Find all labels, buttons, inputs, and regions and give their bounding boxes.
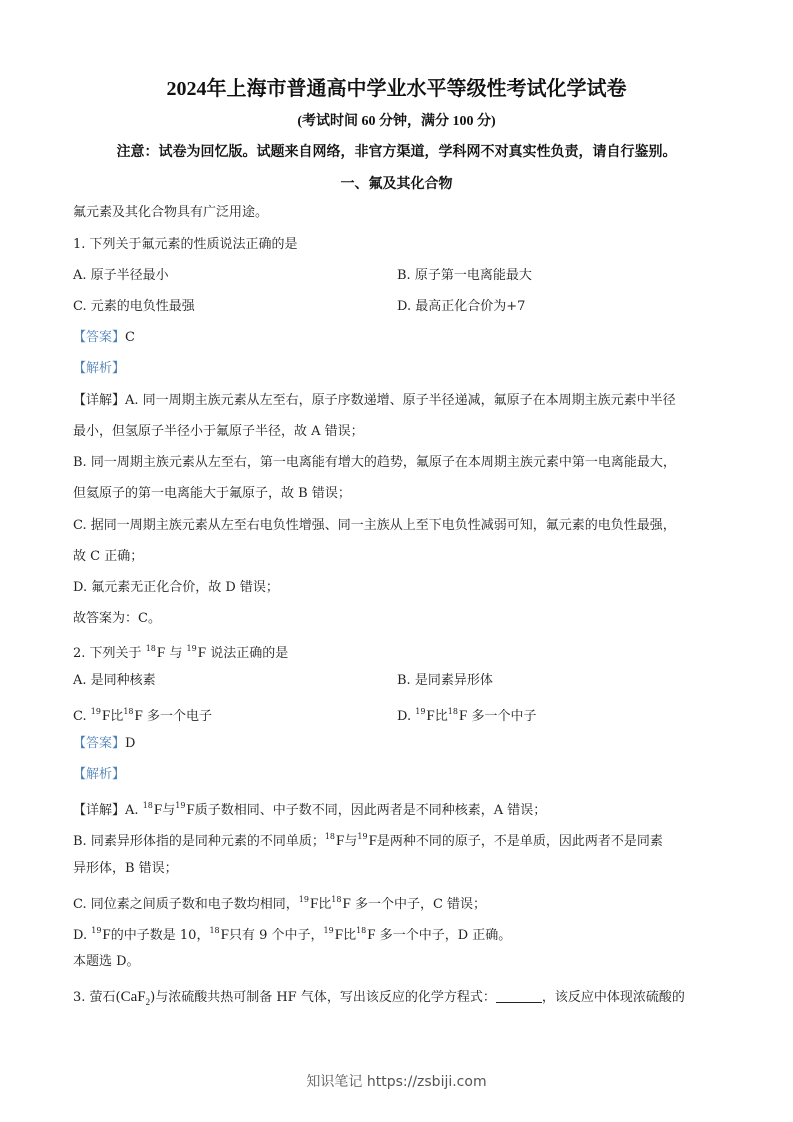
q1-stem: 1. 下列关于氟元素的性质说法正确的是: [73, 236, 298, 254]
detail-text: 比: [318, 897, 331, 912]
isotope-mass-18: 18: [123, 707, 133, 716]
element-symbol: F: [335, 927, 343, 943]
isotope-mass-19: 19: [187, 644, 197, 653]
q1-detail-line: C. 据同一周期主族元素从左至右电负性增强、同一主族从上至下电负性减弱可知，氟元…: [73, 517, 676, 535]
isotope-mass-19: 19: [324, 926, 334, 935]
detail-text: 只有 9 个中子，: [229, 928, 324, 943]
q2-stem: 2. 下列关于 18F 与 19F 说法正确的是: [73, 640, 288, 663]
isotope-mass-18: 18: [209, 926, 219, 935]
element-symbol: F: [342, 896, 350, 912]
q2-detail-d: D. 19F的中子数是 10，18F只有 9 个中子，19F比18F 多一个中子…: [73, 922, 511, 945]
element-symbol: F: [426, 708, 434, 724]
option-text: 多一个电子: [147, 709, 212, 724]
q2-option-c: C. 19F比18F 多一个电子: [73, 703, 212, 726]
isotope-mass-19: 19: [299, 895, 309, 904]
document-page: 2024年上海市普通高中学业水平等级性考试化学试卷 (考试时间 60 分钟，满分…: [0, 0, 793, 1122]
detail-text: 是两种不同的原子，不是单质，因此两者不是同素: [377, 834, 663, 849]
isotope-mass-19: 19: [175, 801, 185, 810]
option-letter: D.: [397, 709, 411, 724]
element-symbol: F: [221, 927, 229, 943]
isotope-mass-19: 19: [91, 926, 101, 935]
q2-conclusion: 本题选 D。: [73, 953, 140, 971]
q2-stem-text: 2. 下列关于: [73, 646, 142, 661]
exam-info: (考试时间 60 分钟，满分 100 分): [0, 110, 793, 130]
answer-blank[interactable]: [496, 990, 542, 1003]
q2-detail-b: B. 同素异形体指的是同种元素的不同单质；18F与19F是两种不同的原子，不是单…: [73, 828, 663, 851]
page-title: 2024年上海市普通高中学业水平等级性考试化学试卷: [0, 72, 793, 101]
q2-option-b: B. 是同素异形体: [397, 672, 493, 690]
detail-text: 质子数相同、中子数不同，因此两者是不同种核素，A 错误；: [195, 803, 547, 818]
isotope-mass-18: 18: [146, 644, 156, 653]
element-symbol: F: [459, 708, 467, 724]
option-text: 比: [435, 709, 448, 724]
q3-stem-text: )与浓硫酸共热可制备 HF 气体，写出该反应的化学方程式：: [150, 990, 496, 1005]
formula-text: CaF: [121, 989, 146, 1005]
detail-label: 【详解】: [73, 393, 125, 408]
q3-stem: 3. 萤石(CaF2)与浓硫酸共热可制备 HF 气体，写出该反应的化学方程式：，…: [73, 988, 685, 1011]
intro-text: 氟元素及其化合物具有广泛用途。: [73, 204, 268, 222]
detail-text: B. 同素异形体指的是同种元素的不同单质；: [73, 834, 325, 849]
q1-option-c: C. 元素的电负性最强: [73, 298, 195, 316]
detail-text: 的中子数是 10，: [111, 928, 210, 943]
detail-label: 【详解】: [73, 803, 125, 818]
q1-detail-line: 但氦原子的第一电离能大于氟原子，故 B 错误；: [73, 485, 351, 503]
q2-stem-text: 与: [169, 646, 182, 661]
q2-detail-b-cont: 异形体，B 错误；: [73, 860, 178, 878]
q1-detail-line: D. 氟元素无正化合价，故 D 错误；: [73, 579, 279, 597]
isotope-mass-19: 19: [357, 832, 367, 841]
q2-option-d: D. 19F比18F 多一个中子: [397, 703, 536, 726]
q2-answer: 【答案】D: [73, 735, 135, 753]
q2-detail-a: 【详解】A. 18F与19F质子数相同、中子数不同，因此两者是不同种核素，A 错…: [73, 797, 546, 820]
isotope-mass-18: 18: [331, 895, 341, 904]
element-symbol: F: [154, 802, 162, 818]
footer-watermark: 知识笔记 https://zsbiji.com: [0, 1071, 793, 1091]
element-symbol: F: [186, 802, 194, 818]
q3-stem-text: ，该反应中体现浓硫酸的: [542, 990, 685, 1005]
q1-answer: 【答案】C: [73, 329, 135, 347]
element-symbol: F: [369, 833, 377, 849]
q3-stem-text: 3. 萤石(: [73, 990, 121, 1005]
q2-option-a: A. 是同种核素: [73, 672, 156, 690]
q1-detail-text: A. 同一周期主族元素从左至右，原子序数递增、原子半径递减，氟原子在本周期主族元…: [125, 393, 676, 408]
isotope-mass-19: 19: [91, 707, 101, 716]
detail-text: 比: [343, 928, 356, 943]
option-letter: D.: [73, 928, 87, 943]
q1-option-d: D. 最高正化合价为+7: [397, 298, 525, 316]
element-symbol: F: [367, 927, 375, 943]
q1-conclusion: 故答案为：C。: [73, 610, 161, 628]
isotope-mass-18: 18: [448, 707, 458, 716]
isotope-mass-18: 18: [143, 801, 153, 810]
option-letter: C.: [73, 709, 87, 724]
element-symbol: F: [198, 645, 206, 661]
q2-answer-value: D: [125, 736, 135, 751]
q2-detail-c: C. 同位素之间质子数和电子数均相同，19F比18F 多一个中子，C 错误；: [73, 891, 486, 914]
answer-label: 【答案】: [73, 330, 125, 345]
q2-analysis-label: 【解析】: [73, 766, 125, 784]
detail-text: 与: [344, 834, 357, 849]
element-symbol: F: [135, 708, 143, 724]
q1-option-a: A. 原子半径最小: [73, 267, 169, 285]
isotope-mass-19: 19: [415, 707, 425, 716]
detail-text: 多一个中子，D 正确。: [380, 928, 512, 943]
q1-analysis-label: 【解析】: [73, 360, 125, 378]
q1-detail-line: 【详解】A. 同一周期主族元素从左至右，原子序数递增、原子半径递减，氟原子在本周…: [73, 392, 676, 410]
q2-stem-text: 说法正确的是: [210, 646, 288, 661]
detail-text: 多一个中子，C 错误；: [355, 897, 486, 912]
option-letter: A.: [125, 803, 139, 818]
q1-detail-line: B. 同一周期主族元素从左至右，第一电离能有增大的趋势，氟原子在本周期主族元素中…: [73, 454, 676, 472]
detail-text: C. 同位素之间质子数和电子数均相同，: [73, 897, 299, 912]
isotope-mass-18: 18: [325, 832, 335, 841]
element-symbol: F: [102, 927, 110, 943]
element-symbol: F: [157, 645, 165, 661]
option-text: 多一个中子: [471, 709, 536, 724]
option-text: 比: [110, 709, 123, 724]
notice-text: 注意：试卷为回忆版。试题来自网络，非官方渠道，学科网不对真实性负责，请自行鉴别。: [0, 141, 793, 161]
section-heading: 一、氟及其化合物: [0, 173, 793, 193]
detail-text: 与: [162, 803, 175, 818]
q1-option-b: B. 原子第一电离能最大: [397, 267, 532, 285]
q1-answer-value: C: [125, 330, 135, 345]
q1-detail-line: 故 C 正确；: [73, 548, 143, 566]
q1-detail-line: 最小，但氢原子半径小于氟原子半径，故 A 错误；: [73, 423, 364, 441]
chemical-formula: CaF2: [121, 989, 151, 1005]
answer-label: 【答案】: [73, 736, 125, 751]
isotope-mass-18: 18: [356, 926, 366, 935]
